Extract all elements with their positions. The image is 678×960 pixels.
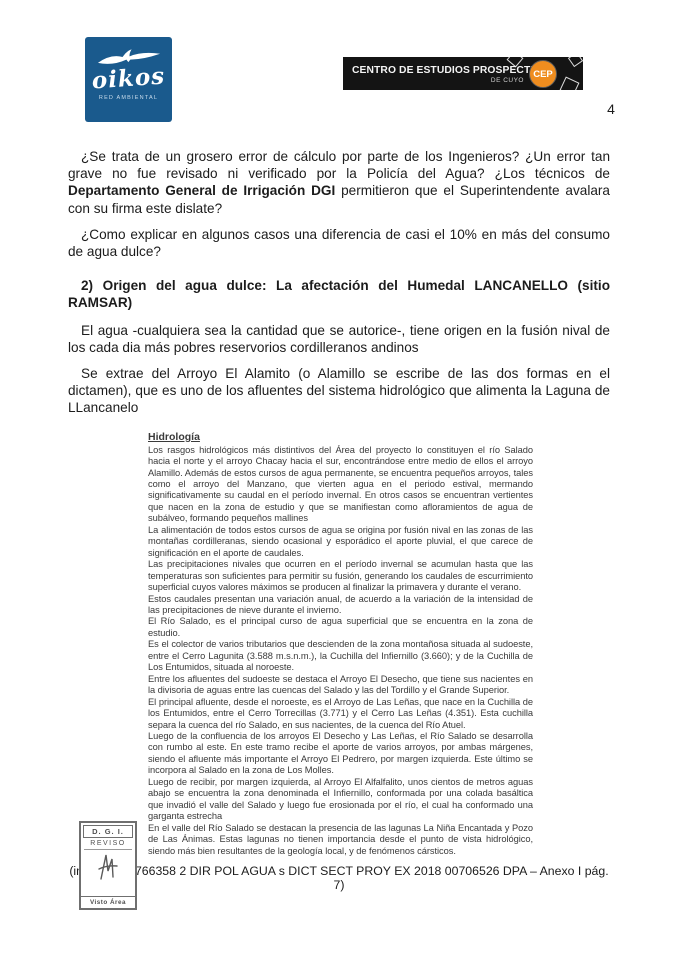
excerpt-paragraph: Entre los afluentes del sudoeste se dest… bbox=[148, 674, 533, 697]
excerpt-paragraph: Es el colector de varios tributarios que… bbox=[148, 639, 533, 673]
excerpt-paragraph: La alimentación de todos estos cursos de… bbox=[148, 525, 533, 559]
paragraph-questions-engineers: ¿Se trata de un grosero error de cálculo… bbox=[68, 148, 610, 217]
excerpt-paragraph: Estos caudales presentan una variación a… bbox=[148, 594, 533, 617]
excerpt-title: Hidrología bbox=[148, 431, 533, 444]
stamp-reviso-label: REVISO bbox=[84, 839, 132, 850]
embedded-scan-hidrologia: Hidrología Los rasgos hidrológicos más d… bbox=[148, 431, 533, 857]
excerpt-paragraph: Las precipitaciones nivales que ocurren … bbox=[148, 559, 533, 593]
oikos-wordmark: oikos bbox=[85, 65, 172, 93]
paragraph-arroyo-alamito: Se extrae del Arroyo El Alamito (o Alami… bbox=[68, 365, 610, 417]
oikos-tagline: RED AMBIENTAL bbox=[85, 95, 172, 101]
document-body: ¿Se trata de un grosero error de cálculo… bbox=[68, 148, 610, 892]
excerpt-paragraph: El Río Salado, es el principal curso de … bbox=[148, 616, 533, 639]
cep-subtitle: DE CUYO bbox=[352, 77, 524, 84]
signature-icon bbox=[93, 851, 123, 883]
paragraph-fusion-nival: El agua -cualquiera sea la cantidad que … bbox=[68, 322, 610, 356]
stamp-visto-label: Visto Área bbox=[81, 896, 135, 908]
paragraph-difference-10pct: ¿Como explicar en algunos casos una dife… bbox=[68, 226, 610, 260]
cep-title: CENTRO DE ESTUDIOS PROSPECTIVOS bbox=[352, 65, 524, 76]
document-page: oikos RED AMBIENTAL CENTRO DE ESTUDIOS P… bbox=[0, 0, 678, 960]
image-source-caption: (imagen Ex 766358 2 DIR POL AGUA s DICT … bbox=[68, 864, 610, 892]
section-heading-origen-agua: 2) Origen del agua dulce: La afectación … bbox=[68, 277, 610, 311]
stamp-org-label: D. G. I. bbox=[83, 825, 133, 838]
excerpt-paragraph: En el valle del Río Salado se destacan l… bbox=[148, 823, 533, 857]
excerpt-paragraph: El principal afluente, desde el noroeste… bbox=[148, 697, 533, 731]
excerpt-paragraph: Luego de la confluencia de los arroyos E… bbox=[148, 731, 533, 777]
bold-dgi-text: Departamento General de Irrigación DGI bbox=[68, 183, 335, 198]
excerpt-paragraph: Luego de recibir, por margen izquierda, … bbox=[148, 777, 533, 823]
cep-badge-icon: CEP bbox=[529, 60, 557, 88]
page-number: 4 bbox=[601, 101, 621, 117]
banner-deco-shape bbox=[568, 57, 583, 67]
dgi-revision-stamp: D. G. I. REVISO Visto Área bbox=[79, 821, 137, 910]
oikos-logo: oikos RED AMBIENTAL bbox=[85, 37, 172, 122]
excerpt-paragraph: Los rasgos hidrológicos más distintivos … bbox=[148, 445, 533, 525]
paragraph-text: ¿Se trata de un grosero error de cálculo… bbox=[68, 149, 610, 181]
cep-banner: CENTRO DE ESTUDIOS PROSPECTIVOS DE CUYO … bbox=[343, 57, 583, 90]
banner-deco-shape bbox=[560, 77, 580, 90]
